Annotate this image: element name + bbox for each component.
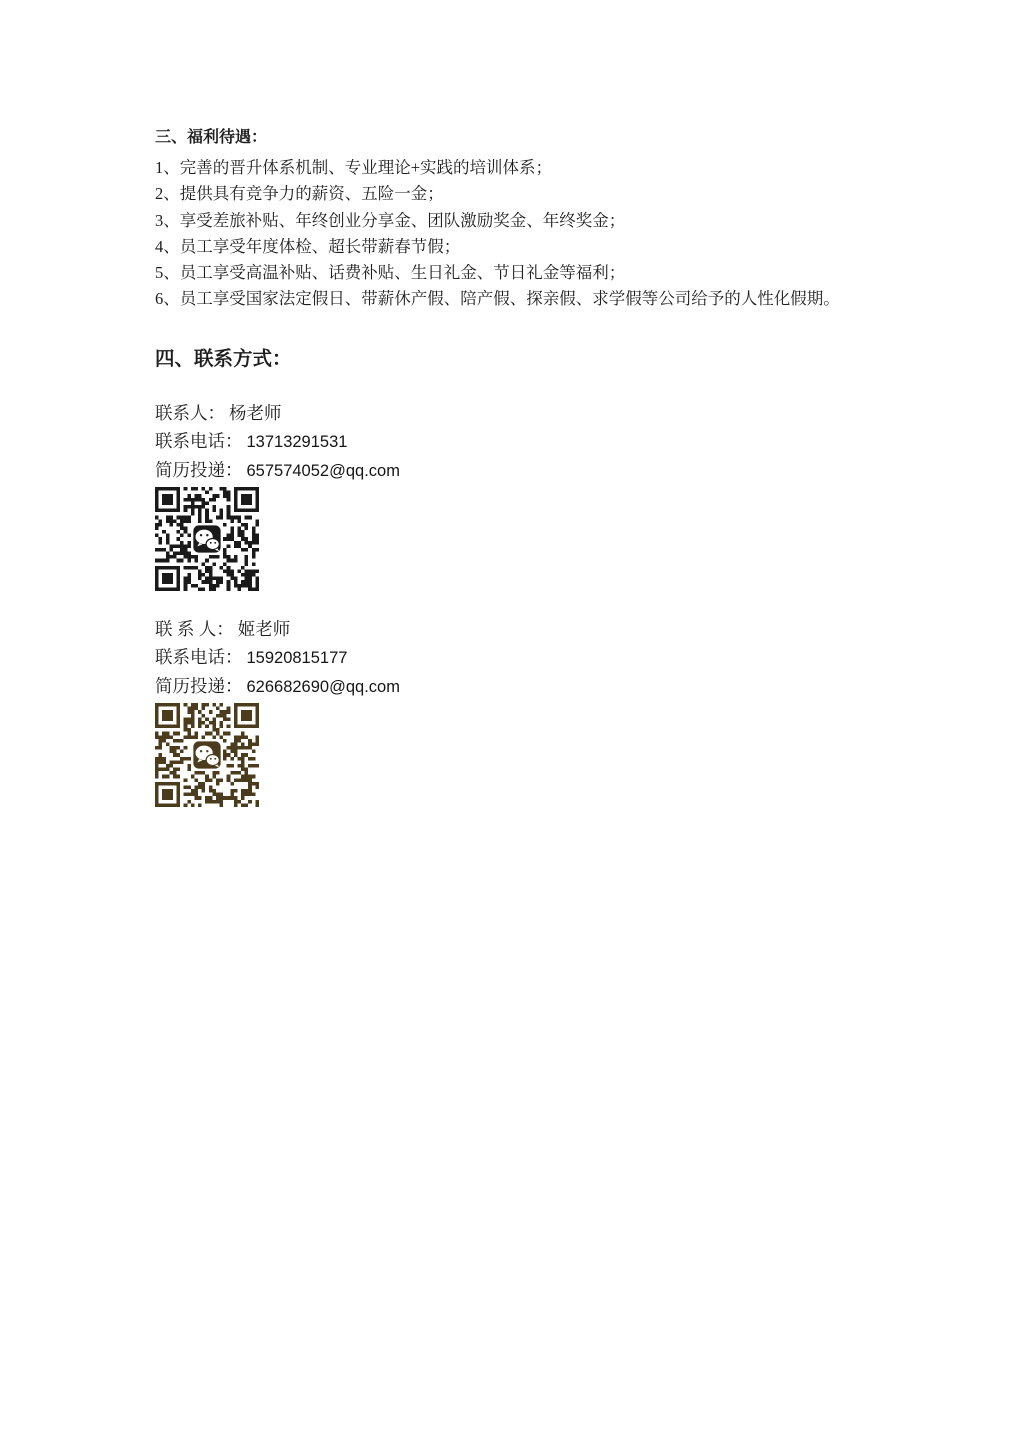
contact-person-line: 联系人：杨老师	[155, 399, 877, 427]
contact-resume-email: 626682690@qq.com	[247, 678, 400, 696]
benefit-item-6: 6、员工享受国家法定假日、带薪休产假、陪产假、探亲假、求学假等公司给予的人性化假…	[155, 286, 877, 312]
contact-person-label: 联 系 人：	[155, 619, 234, 639]
contact-person-line: 联 系 人：姬老师	[155, 615, 877, 643]
contact-card-1: 联系人：杨老师 联系电话：13713291531 简历投递：657574052@…	[155, 399, 877, 591]
benefits-section-heading: 三、福利待遇：	[155, 128, 877, 148]
contact-phone-label: 联系电话：	[155, 647, 243, 667]
contact-phone-number: 15920815177	[247, 649, 348, 667]
contact-section-heading: 四、联系方式：	[155, 347, 877, 371]
benefit-item-5: 5、员工享受高温补贴、话费补贴、生日礼金、节日礼金等福利；	[155, 260, 877, 286]
benefit-item-2: 2、提供具有竞争力的薪资、五险一金；	[155, 181, 877, 207]
contact-person-name: 杨老师	[229, 403, 282, 423]
contact-phone-line: 联系电话：15920815177	[155, 643, 877, 672]
benefit-item-1: 1、完善的晋升体系机制、专业理论+实践的培训体系；	[155, 155, 877, 181]
contact-resume-line: 简历投递：657574052@qq.com	[155, 456, 877, 485]
contact-card-2: 联 系 人：姬老师 联系电话：15920815177 简历投递：62668269…	[155, 615, 877, 807]
document-page: 三、福利待遇： 1、完善的晋升体系机制、专业理论+实践的培训体系； 2、提供具有…	[0, 0, 1024, 1448]
page-content: 三、福利待遇： 1、完善的晋升体系机制、专业理论+实践的培训体系； 2、提供具有…	[155, 128, 877, 807]
benefit-item-3: 3、享受差旅补贴、年终创业分享金、团队激励奖金、年终奖金；	[155, 208, 877, 234]
contact-person-label: 联系人：	[155, 403, 225, 423]
benefit-item-4: 4、员工享受年度体检、超长带薪春节假；	[155, 234, 877, 260]
contact-resume-label: 简历投递：	[155, 676, 243, 696]
contact-phone-number: 13713291531	[247, 433, 348, 451]
contact-phone-line: 联系电话：13713291531	[155, 427, 877, 456]
wechat-qr-code-1	[155, 487, 259, 591]
contact-resume-email: 657574052@qq.com	[247, 462, 400, 480]
contact-phone-label: 联系电话：	[155, 431, 243, 451]
contact-resume-line: 简历投递：626682690@qq.com	[155, 672, 877, 701]
contact-resume-label: 简历投递：	[155, 460, 243, 480]
contact-person-name: 姬老师	[238, 619, 291, 639]
wechat-qr-code-2	[155, 703, 259, 807]
